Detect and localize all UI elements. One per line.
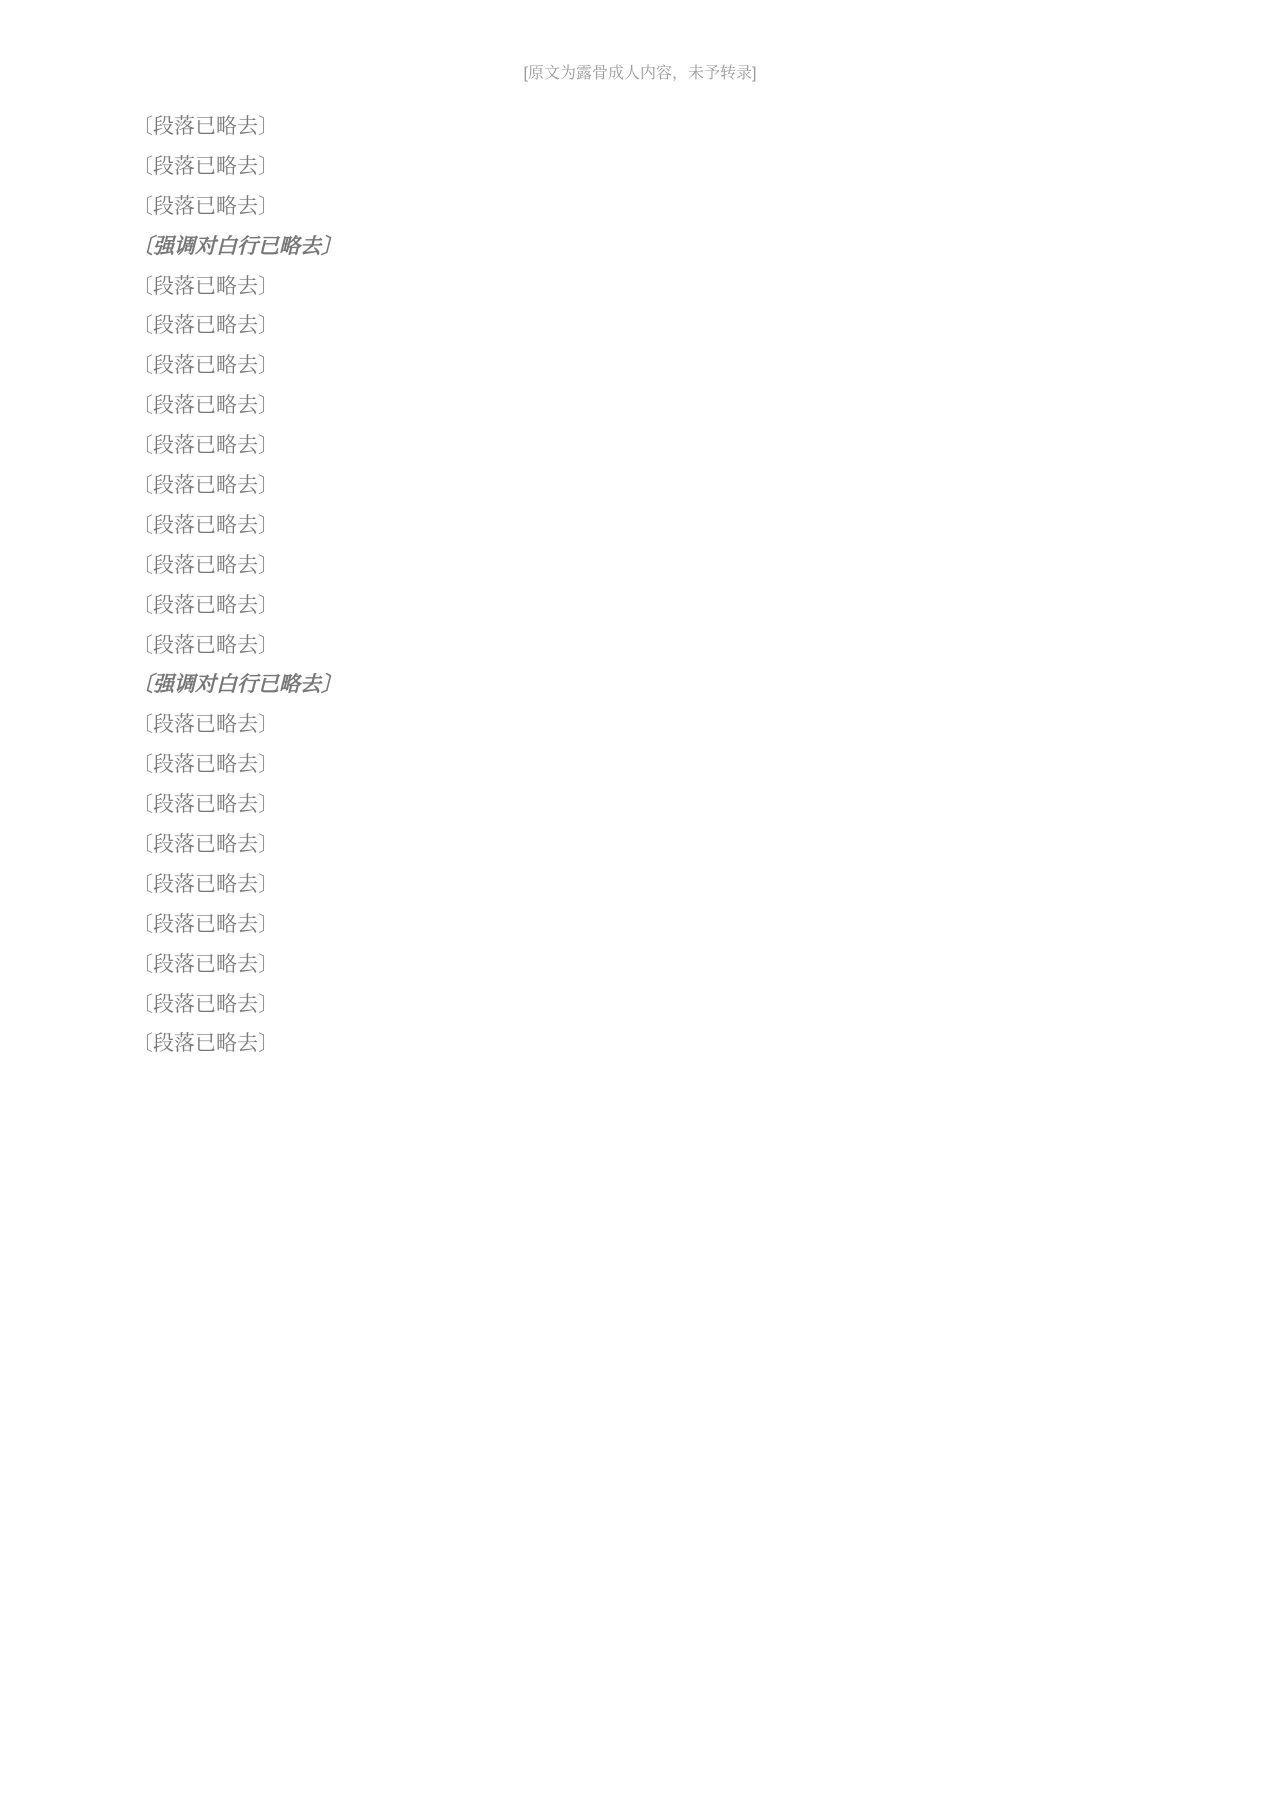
body-paragraph: 〔段落已略去〕 xyxy=(90,426,1190,466)
body-paragraph: 〔段落已略去〕 xyxy=(90,626,1190,666)
body-paragraph: 〔段落已略去〕 xyxy=(90,306,1190,346)
body-paragraph: 〔段落已略去〕 xyxy=(90,386,1190,426)
body-paragraph: 〔段落已略去〕 xyxy=(90,546,1190,586)
body-paragraph: 〔段落已略去〕 xyxy=(90,905,1190,945)
body-paragraph: 〔段落已略去〕 xyxy=(90,945,1190,985)
body-paragraph: 〔段落已略去〕 xyxy=(90,187,1190,227)
body-paragraph: 〔段落已略去〕 xyxy=(90,267,1190,307)
body-paragraph: 〔段落已略去〕 xyxy=(90,506,1190,546)
emphasized-dialogue-line: 〔强调对白行已略去〕 xyxy=(90,227,1190,267)
document-page: [原文为露骨成人内容，未予转录] 〔段落已略去〕〔段落已略去〕〔段落已略去〕〔强… xyxy=(0,0,1280,1817)
body-paragraph: 〔段落已略去〕 xyxy=(90,466,1190,506)
body-paragraph: 〔段落已略去〕 xyxy=(90,705,1190,745)
body-paragraph: 〔段落已略去〕 xyxy=(90,865,1190,905)
body-paragraph: 〔段落已略去〕 xyxy=(90,346,1190,386)
body-paragraph: 〔段落已略去〕 xyxy=(90,586,1190,626)
redaction-notice: [原文为露骨成人内容，未予转录] xyxy=(90,60,1190,83)
body-paragraph: 〔段落已略去〕 xyxy=(90,1024,1190,1064)
body-paragraph: 〔段落已略去〕 xyxy=(90,825,1190,865)
emphasized-dialogue-line: 〔强调对白行已略去〕 xyxy=(90,665,1190,705)
body-paragraph: 〔段落已略去〕 xyxy=(90,785,1190,825)
body-paragraph: 〔段落已略去〕 xyxy=(90,745,1190,785)
body-paragraph: 〔段落已略去〕 xyxy=(90,147,1190,187)
body-paragraph: 〔段落已略去〕 xyxy=(90,107,1190,147)
text-body: 〔段落已略去〕〔段落已略去〕〔段落已略去〕〔强调对白行已略去〕〔段落已略去〕〔段… xyxy=(90,107,1190,1064)
body-paragraph: 〔段落已略去〕 xyxy=(90,985,1190,1025)
